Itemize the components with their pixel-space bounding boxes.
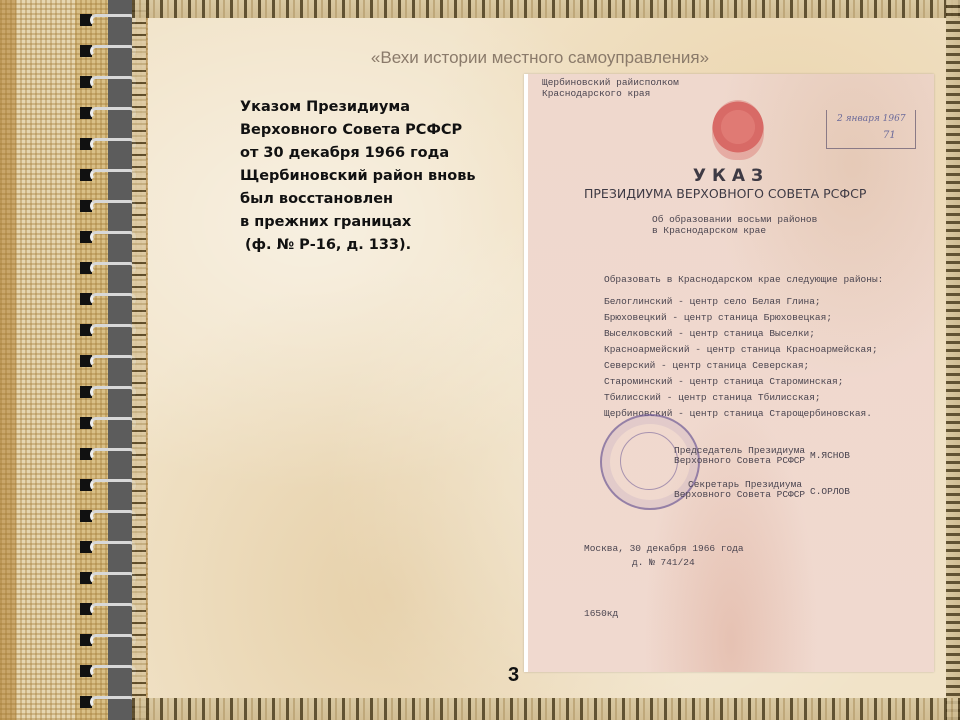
document-code: 1650кд: [584, 608, 618, 619]
spiral-ring: [80, 169, 138, 183]
caption-line: от 30 декабря 1966 года: [240, 142, 500, 165]
registration-date: 2 января 1967: [837, 114, 906, 124]
archival-document-image: Щербиновский райисполком Краснодарского …: [524, 74, 934, 672]
document-number: д. № 741/24: [584, 556, 744, 570]
caption-line: в прежних границах: [240, 211, 500, 234]
slide-header-title: «Вехи истории местного самоуправления»: [330, 48, 750, 68]
spiral-ring: [80, 386, 138, 400]
document-place-date: Москва, 30 декабря 1966 года д. № 741/24: [584, 542, 744, 570]
caption-line: (ф. № Р-16, д. 133).: [240, 234, 500, 257]
signature-title-line: Верховного Совета РСФСР: [674, 490, 805, 500]
signature-title-secretary: Секретарь Президиума Верховного Совета Р…: [674, 480, 805, 500]
caption-line: был восстановлен: [240, 188, 500, 211]
district-list: Белоглинский - центр село Белая Глина; Б…: [604, 294, 878, 422]
spiral-ring: [80, 603, 138, 617]
district-item: Брюховецкий - центр станица Брюховецкая;: [604, 310, 878, 326]
decorative-border-top: [132, 0, 960, 18]
place-date-line: Москва, 30 декабря 1966 года: [584, 542, 744, 556]
signature-title-chairman: Председатель Президиума Верховного Совет…: [674, 446, 805, 466]
spiral-ring: [80, 696, 138, 710]
signature-name-chairman: М.ЯСНОВ: [810, 450, 850, 461]
spiral-ring: [80, 324, 138, 338]
district-item: Выселковский - центр станица Выселки;: [604, 326, 878, 342]
spiral-ring: [80, 634, 138, 648]
decorative-border-left: [132, 0, 146, 720]
registration-number: 71: [883, 130, 896, 141]
spiral-ring: [80, 262, 138, 276]
slide-caption: Указом Президиума Верховного Совета РСФС…: [240, 96, 500, 257]
subject-line: в Краснодарском крае: [652, 225, 817, 236]
caption-line: Указом Президиума: [240, 96, 500, 119]
spiral-ring: [80, 448, 138, 462]
org-line: Краснодарского края: [542, 88, 679, 99]
spiral-ring: [80, 479, 138, 493]
spiral-ring: [80, 107, 138, 121]
org-line: Щербиновский райисполком: [542, 77, 679, 88]
document-intro: Образовать в Краснодарском крае следующи…: [604, 274, 883, 285]
rsfsr-emblem-icon: [712, 100, 764, 160]
document-organization: Щербиновский райисполком Краснодарского …: [542, 77, 679, 99]
caption-line: Верховного Совета РСФСР: [240, 119, 500, 142]
document-subtitle: ПРЕЗИДИУМА ВЕРХОВНОГО СОВЕТА РСФСР: [584, 186, 866, 201]
decorative-border-bottom: [132, 698, 960, 720]
spiral-ring: [80, 355, 138, 369]
subject-line: Об образовании восьми районов: [652, 214, 817, 225]
document-title: УКАЗ: [528, 166, 934, 186]
spiral-ring: [80, 231, 138, 245]
page-number: 3: [508, 664, 519, 687]
spiral-ring: [80, 200, 138, 214]
document-subject: Об образовании восьми районов в Краснода…: [652, 214, 817, 236]
spiral-ring: [80, 138, 138, 152]
spiral-ring: [80, 572, 138, 586]
spiral-ring: [80, 293, 138, 307]
spiral-ring: [80, 541, 138, 555]
spiral-ring: [80, 14, 138, 28]
decorative-border-right: [946, 0, 960, 720]
district-item: Белоглинский - центр село Белая Глина;: [604, 294, 878, 310]
district-item: Староминский - центр станица Староминска…: [604, 374, 878, 390]
registration-stamp: 2 января 1967 71: [826, 110, 916, 149]
spiral-ring: [80, 417, 138, 431]
spiral-ring: [80, 665, 138, 679]
caption-line: Щербиновский район вновь: [240, 165, 500, 188]
signature-name-secretary: С.ОРЛОВ: [810, 486, 850, 497]
district-item: Красноармейский - центр станица Красноар…: [604, 342, 878, 358]
spiral-ring: [80, 510, 138, 524]
spiral-ring: [80, 45, 138, 59]
spiral-ring: [80, 76, 138, 90]
district-item: Северский - центр станица Северская;: [604, 358, 878, 374]
district-item: Тбилисский - центр станица Тбилисская;: [604, 390, 878, 406]
signature-title-line: Верховного Совета РСФСР: [674, 456, 805, 466]
